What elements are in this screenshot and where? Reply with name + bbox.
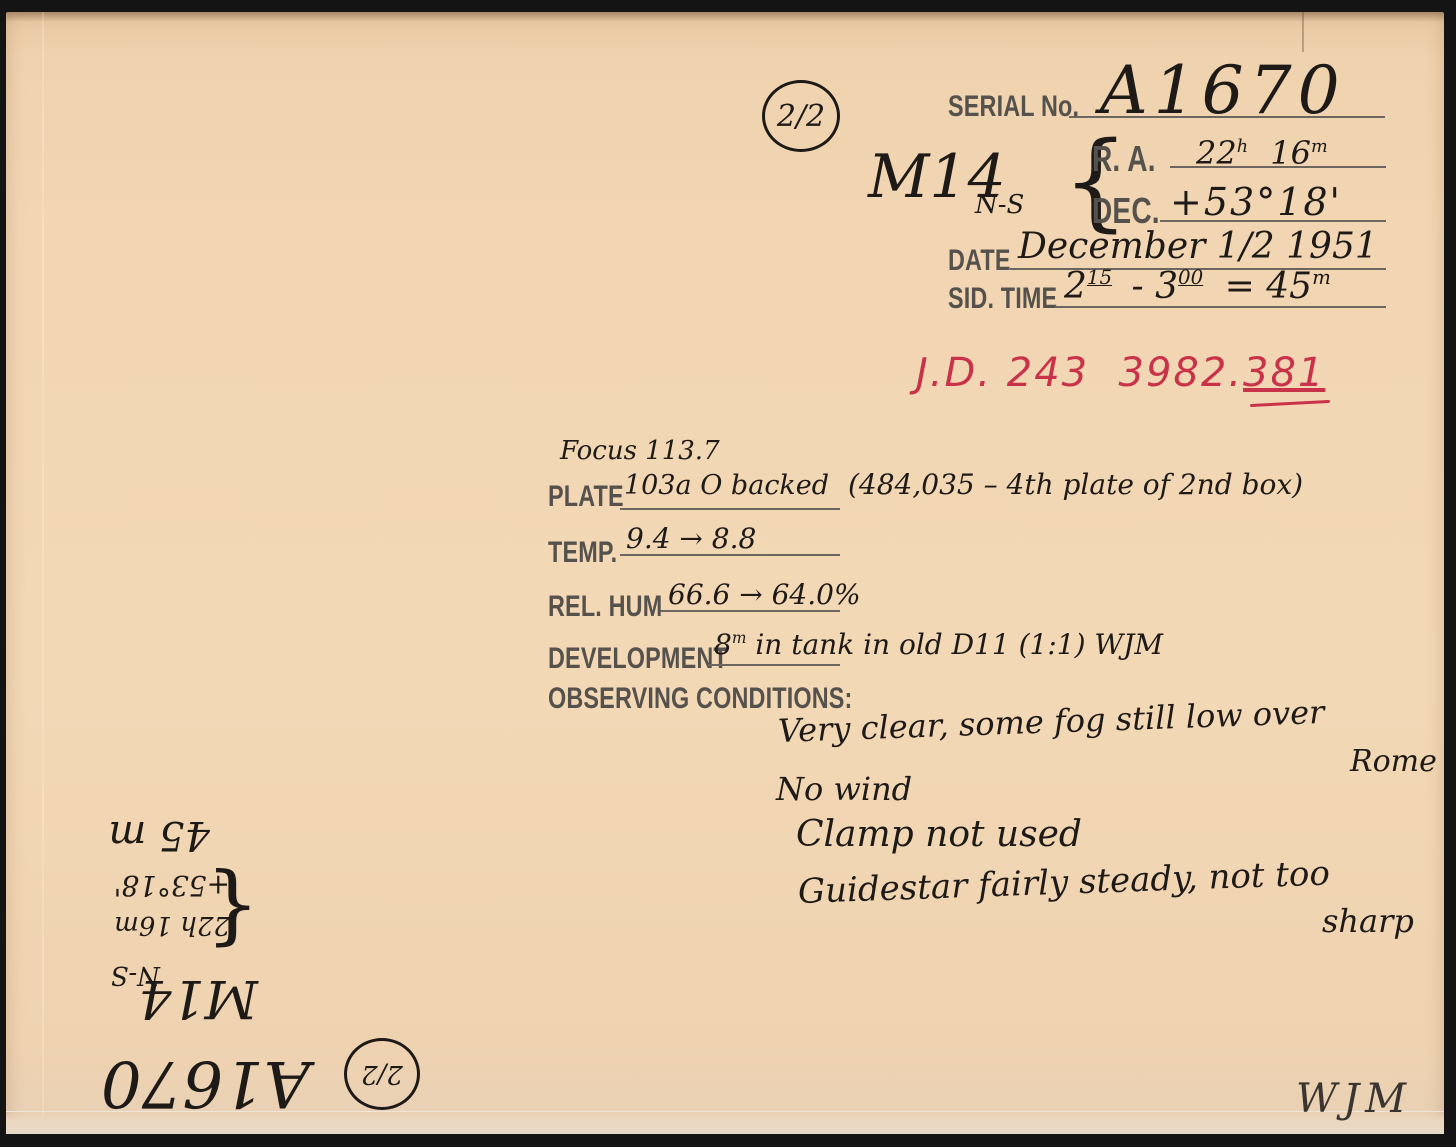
- rel-hum-label: REL. HUM: [548, 590, 662, 624]
- ra-hours: 22: [1196, 134, 1237, 172]
- development-label: DEVELOPMENT: [548, 642, 728, 676]
- object-sub: N-S: [975, 190, 1024, 220]
- condition-line-2: No wind: [776, 770, 912, 808]
- ra-minutes: 16: [1270, 134, 1311, 172]
- sid-end-hour: - 3: [1132, 266, 1179, 307]
- condition-line-3: Clamp not used: [796, 814, 1082, 855]
- ra-value: 22h 16m: [1196, 134, 1328, 172]
- plate-note: (484,035 – 4th plate of 2nd box): [848, 468, 1303, 501]
- sid-end-min: 00: [1178, 266, 1203, 289]
- condition-line-1-cont: Rome: [1350, 744, 1437, 779]
- sid-start-hour: 2: [1064, 266, 1087, 307]
- plate-fraction-circle: 2/2: [762, 80, 840, 152]
- development-value: 8m in tank in old D11 (1:1) WJM: [714, 628, 1163, 661]
- upside-duration: 45 m: [108, 812, 210, 858]
- upside-dec: +53°18': [114, 869, 230, 902]
- signature-initials: WJM: [1296, 1076, 1412, 1122]
- development-line: [708, 664, 840, 666]
- plate-fraction-text: 2/2: [777, 99, 825, 134]
- sid-start-min: 15: [1087, 266, 1112, 289]
- ra-h-unit: h: [1237, 137, 1248, 157]
- sid-duration: = 45: [1225, 266, 1312, 307]
- upside-plate-fraction-text: 2/2: [361, 1059, 403, 1089]
- julian-date: J.D. 243 3982.381: [916, 350, 1325, 396]
- date-value: December 1/2 1951: [1018, 226, 1378, 267]
- upside-down-notes: 2/2 A1670 M14 N-S { 22h 16m +53°18' 45 m: [60, 790, 320, 1120]
- upside-serial: A1670: [101, 1046, 310, 1120]
- condition-line-4-cont: sharp: [1322, 902, 1414, 940]
- julian-date-fraction: 381: [1243, 350, 1325, 396]
- dec-value: +53°18': [1170, 180, 1342, 224]
- dev-rest: in tank in old D11 (1:1) WJM: [746, 628, 1163, 661]
- temp-label: TEMP.: [548, 536, 617, 570]
- upside-plate-fraction-circle: 2/2: [344, 1038, 420, 1110]
- plate-label: PLATE: [548, 480, 624, 514]
- upside-object-sub: N-S: [111, 960, 160, 990]
- plate-line: [620, 508, 840, 510]
- serial-label: SERIAL No.: [948, 90, 1079, 124]
- plate-type: 103a O backed: [624, 470, 829, 501]
- sid-duration-unit: m: [1312, 266, 1331, 289]
- ra-m-unit: m: [1311, 137, 1328, 157]
- serial-number: A1670: [1100, 52, 1346, 129]
- fold-line: [42, 12, 44, 1134]
- rel-hum-value: 66.6 → 64.0%: [668, 578, 861, 611]
- sid-time-label: SID. TIME: [948, 282, 1057, 316]
- ra-label: R. A.: [1092, 138, 1156, 180]
- dev-time: 8: [714, 628, 732, 661]
- upside-ra: 22h 16m: [114, 910, 230, 940]
- dev-unit: m: [732, 629, 747, 647]
- julian-date-prefix: J.D. 243 3982.: [916, 350, 1243, 396]
- temp-value: 9.4 → 8.8: [626, 522, 756, 555]
- crease-mark: [1302, 12, 1304, 52]
- sid-time-value: 215 - 300 = 45m: [1064, 266, 1331, 307]
- date-label: DATE: [948, 244, 1011, 278]
- focus-note: Focus 113.7: [560, 436, 720, 466]
